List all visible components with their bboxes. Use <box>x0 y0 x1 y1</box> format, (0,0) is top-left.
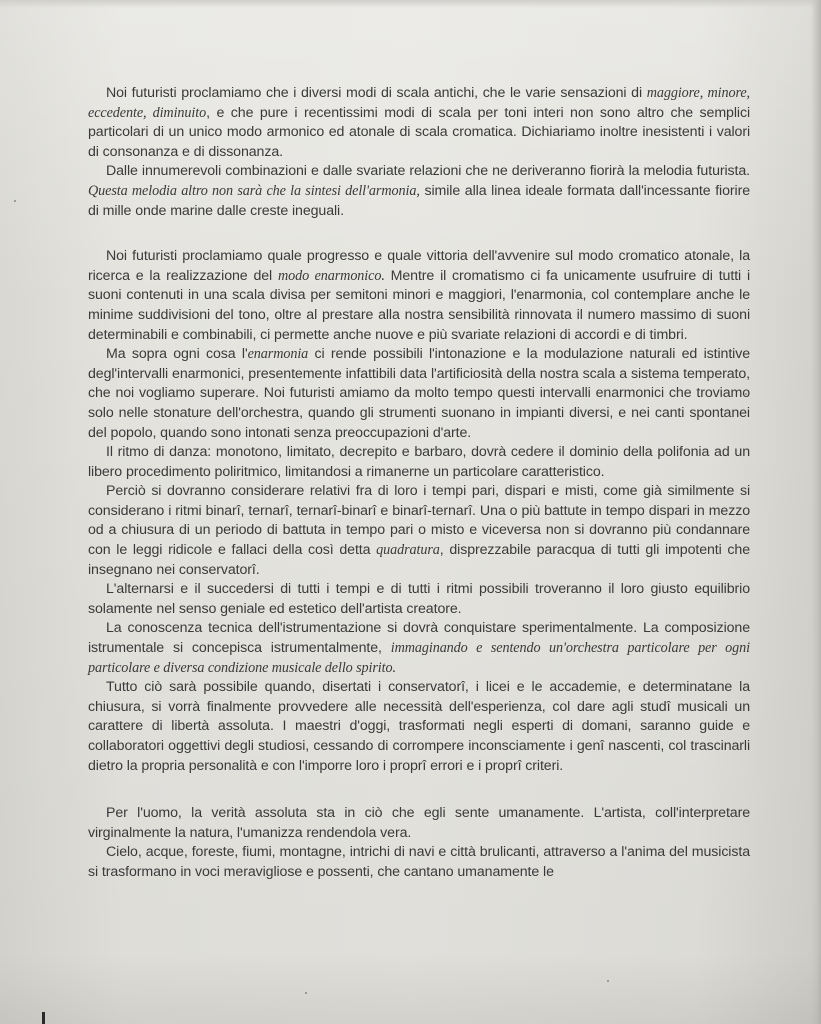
paragraph: L'alternarsi e il succedersi di tutti i … <box>88 580 750 619</box>
italic-text: enarmonia <box>248 346 309 362</box>
paper-speck <box>305 992 307 994</box>
binding-mark <box>42 1012 45 1024</box>
paragraph: Ma sopra ogni cosa l'enarmonia ci rende … <box>88 345 750 443</box>
paper-speck <box>745 393 747 395</box>
italic-text: modo enarmonico. <box>278 268 385 284</box>
italic-text: Questa melodia altro non sarà che la sin… <box>88 183 420 199</box>
paragraph: Dalle innumerevoli combinazioni e dalle … <box>88 162 750 221</box>
manifesto-text: Noi futuristi proclamiamo che i diversi … <box>88 84 750 883</box>
paragraph: Il ritmo di danza: monotono, limitato, d… <box>88 443 750 482</box>
scanned-page: Noi futuristi proclamiamo che i diversi … <box>0 0 821 1024</box>
paragraph: Perciò si dovranno considerare relativi … <box>88 482 750 580</box>
page-bottom-shadow <box>0 954 821 1024</box>
italic-text: quadratura <box>376 542 440 558</box>
paragraph: Noi futuristi proclamiamo quale progress… <box>88 247 750 345</box>
paragraph: Per l'uomo, la verità assoluta sta in ci… <box>88 804 750 843</box>
page-top-edge <box>0 0 821 8</box>
paragraph: Noi futuristi proclamiamo che i diversi … <box>88 84 750 162</box>
paragraph: Tutto ciò sarà possibile quando, diserta… <box>88 678 750 776</box>
paper-speck <box>14 200 16 202</box>
paragraph: Cielo, acque, foreste, fiumi, montagne, … <box>88 843 750 882</box>
paragraph: La conoscenza tecnica dell'istrumentazio… <box>88 619 750 678</box>
paper-speck <box>607 980 609 982</box>
page-right-edge <box>811 0 821 1024</box>
